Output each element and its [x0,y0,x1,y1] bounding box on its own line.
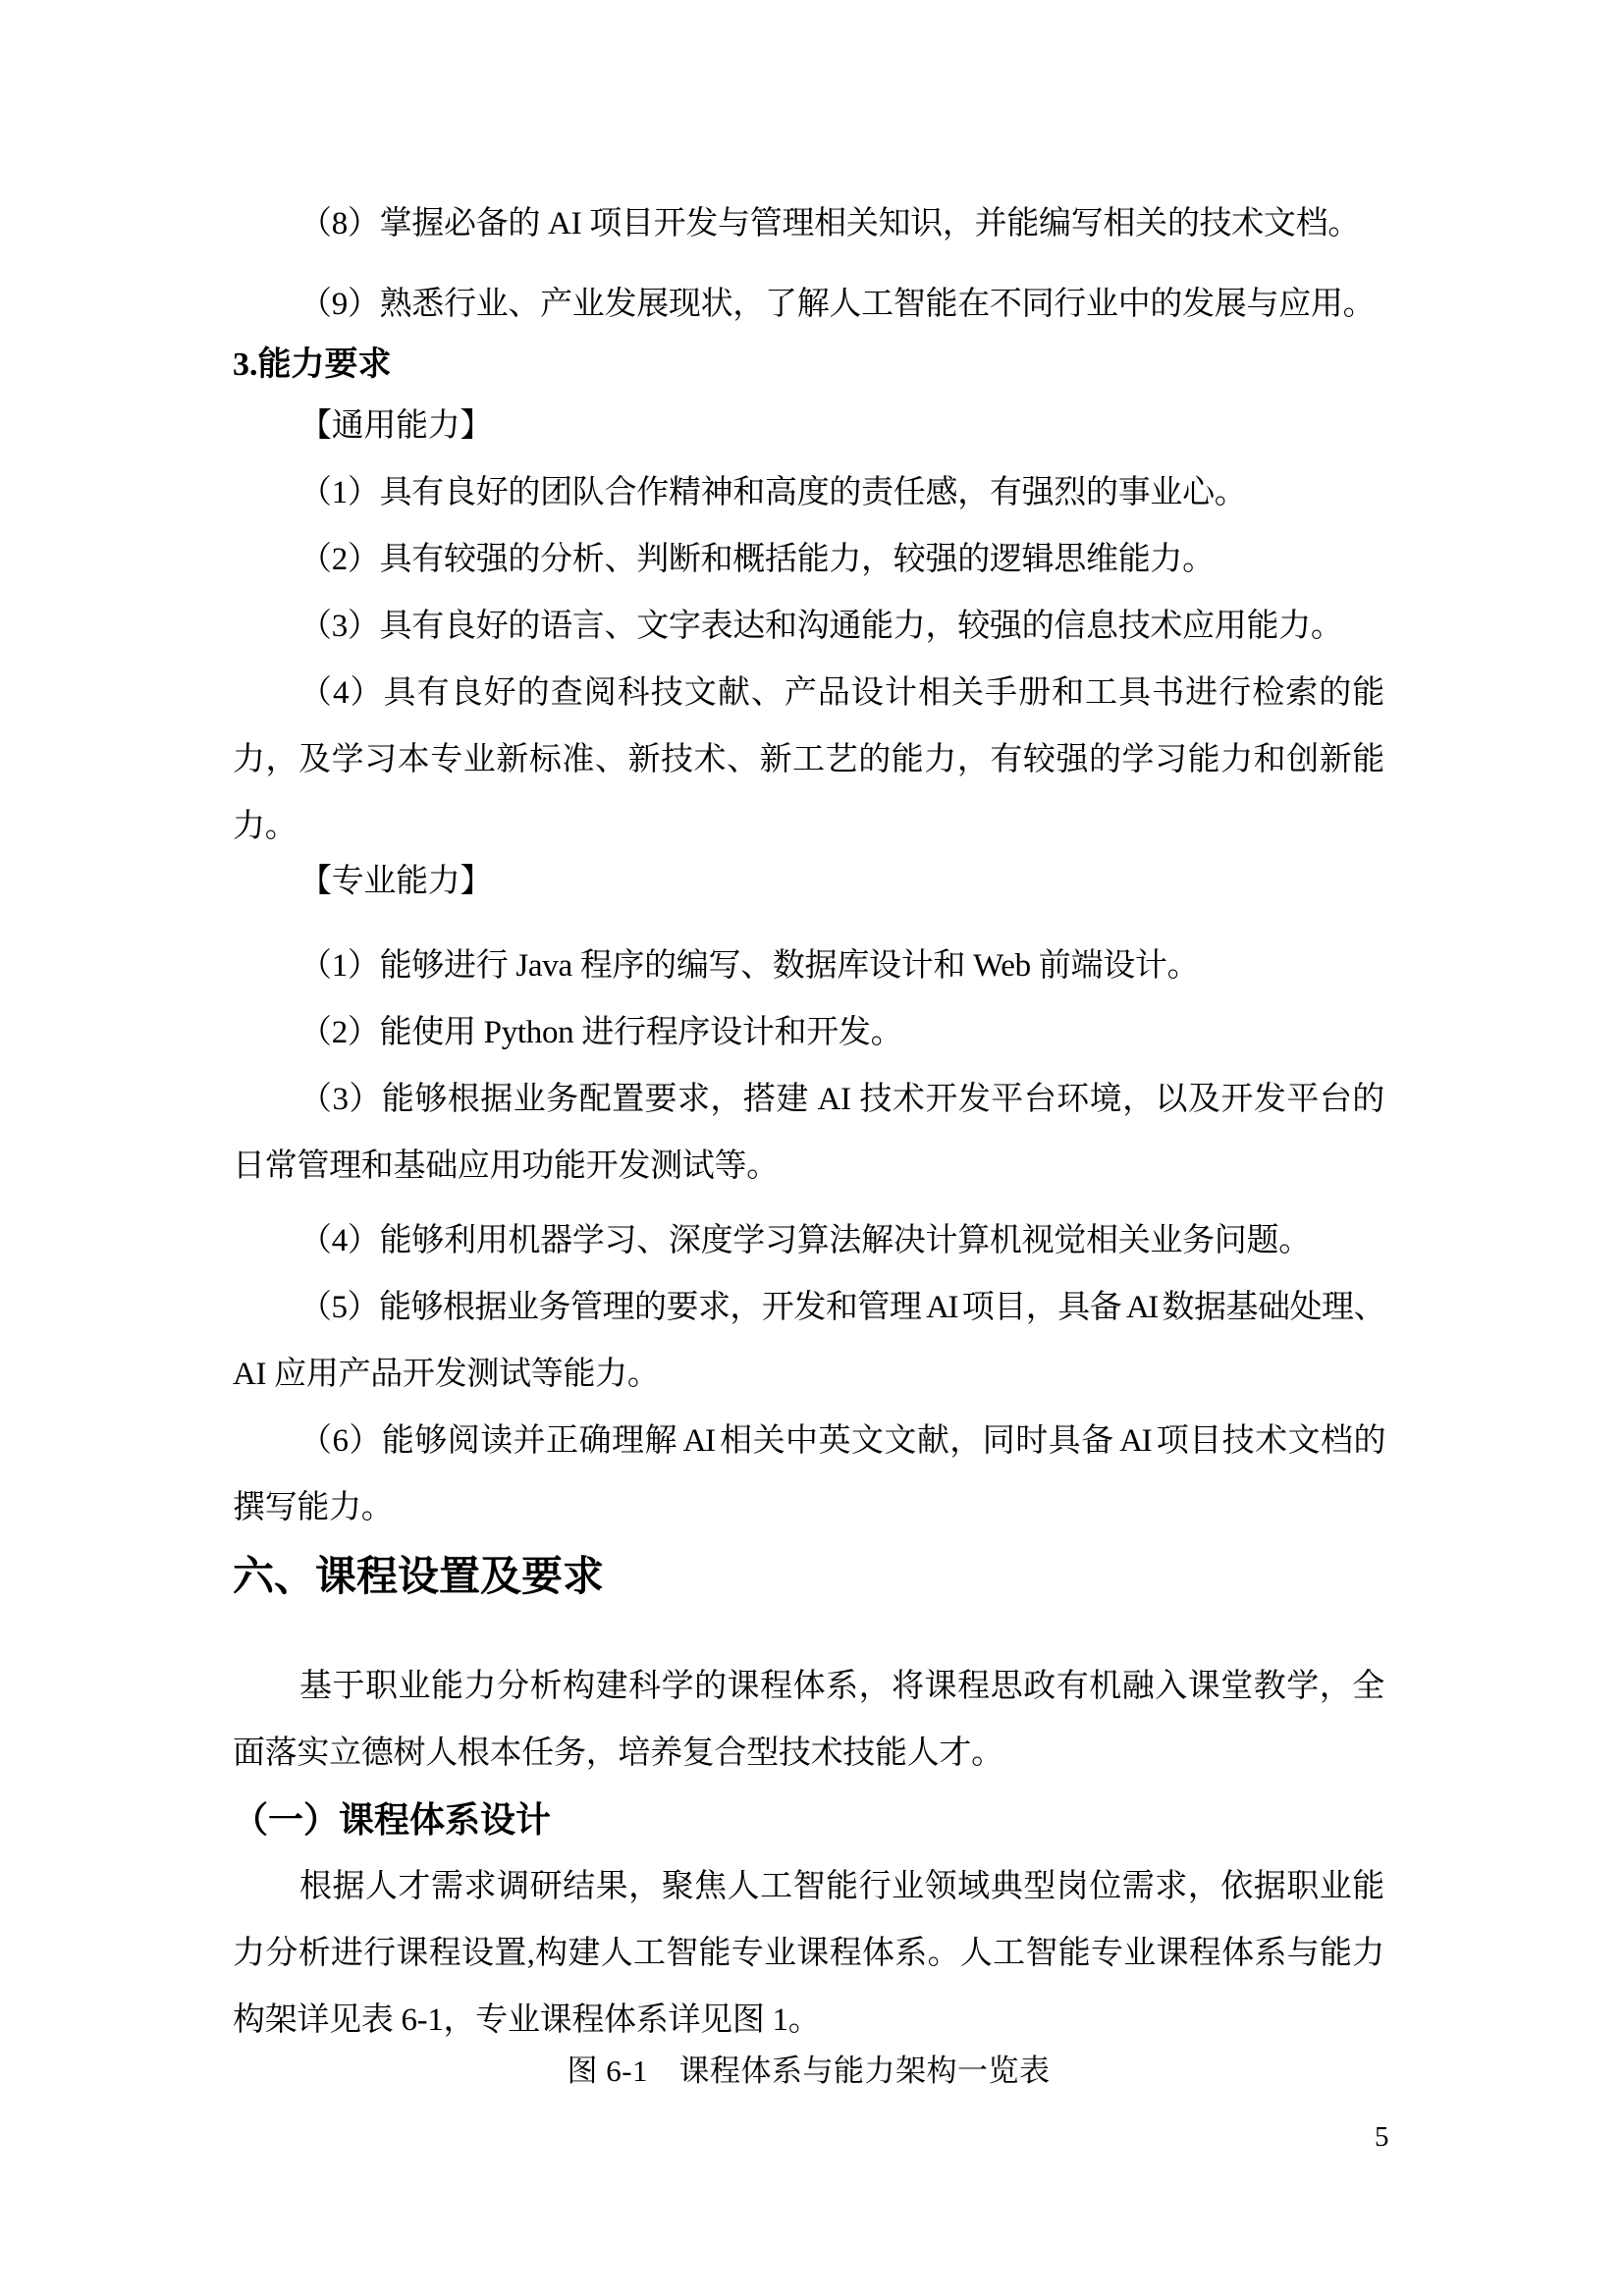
paragraph-line: （8）掌握必备的 AI 项目开发与管理相关知识，并能编写相关的技术文档。 [233,190,1384,257]
paragraph-line: （1）能够进行 Java 程序的编写、数据库设计和 Web 前端设计。 [233,933,1384,999]
paragraph-line: 撰写能力。 [233,1474,1384,1541]
bracket-heading: 【通用能力】 [233,393,1384,459]
page-number: 5 [1375,2120,1389,2154]
page-content: （8）掌握必备的 AI 项目开发与管理相关知识，并能编写相关的技术文档。 （9）… [233,190,1384,2099]
paragraph-line: （6）能够阅读并正确理解 AI 相关中英文文献，同时具备 AI 项目技术文档的 [233,1408,1384,1474]
paragraph-line: 日常管理和基础应用功能开发测试等。 [233,1133,1384,1200]
paragraph-line: 面落实立德树人根本任务，培养复合型技术技能人才。 [233,1720,1384,1787]
numbered-heading: 3.能力要求 [233,332,1384,399]
paragraph-line: 力，及学习本专业新标准、新技术、新工艺的能力，有较强的学习能力和创新能 [233,726,1384,793]
paragraph-line: （3）能够根据业务配置要求，搭建 AI 技术开发平台环境，以及开发平台的 [233,1066,1384,1133]
paragraph-line: 根据人才需求调研结果，聚焦人工智能行业领域典型岗位需求，依据职业能 [233,1853,1384,1920]
paragraph-line: （2）能使用 Python 进行程序设计和开发。 [233,999,1384,1066]
paragraph-line: （9）熟悉行业、产业发展现状，了解人工智能在不同行业中的发展与应用。 [233,271,1384,338]
paragraph-line: （2）具有较强的分析、判断和概括能力，较强的逻辑思维能力。 [233,526,1384,593]
paragraph-line: （3）具有良好的语言、文字表达和沟通能力，较强的信息技术应用能力。 [233,593,1384,660]
paragraph-line: 基于职业能力分析构建科学的课程体系，将课程思政有机融入课堂教学，全 [233,1653,1384,1720]
paragraph-line: （5）能够根据业务管理的要求，开发和管理 AI 项目，具备 AI 数据基础处理、 [233,1274,1384,1341]
document-page: （8）掌握必备的 AI 项目开发与管理相关知识，并能编写相关的技术文档。 （9）… [0,0,1624,2296]
subsection-heading: （一）课程体系设计 [233,1787,1384,1853]
paragraph-line: （4）能够利用机器学习、深度学习算法解决计算机视觉相关业务问题。 [233,1207,1384,1274]
paragraph-line: 力分析进行课程设置,构建人工智能专业课程体系。人工智能专业课程体系与能力 [233,1920,1384,1987]
paragraph-line: （4）具有良好的查阅科技文献、产品设计相关手册和工具书进行检索的能 [233,660,1384,726]
paragraph-line: AI 应用产品开发测试等能力。 [233,1341,1384,1408]
bracket-heading: 【专业能力】 [233,848,1384,915]
paragraph-line: （1）具有良好的团队合作精神和高度的责任感，有强烈的事业心。 [233,459,1384,526]
section-heading: 六、课程设置及要求 [233,1543,1384,1610]
